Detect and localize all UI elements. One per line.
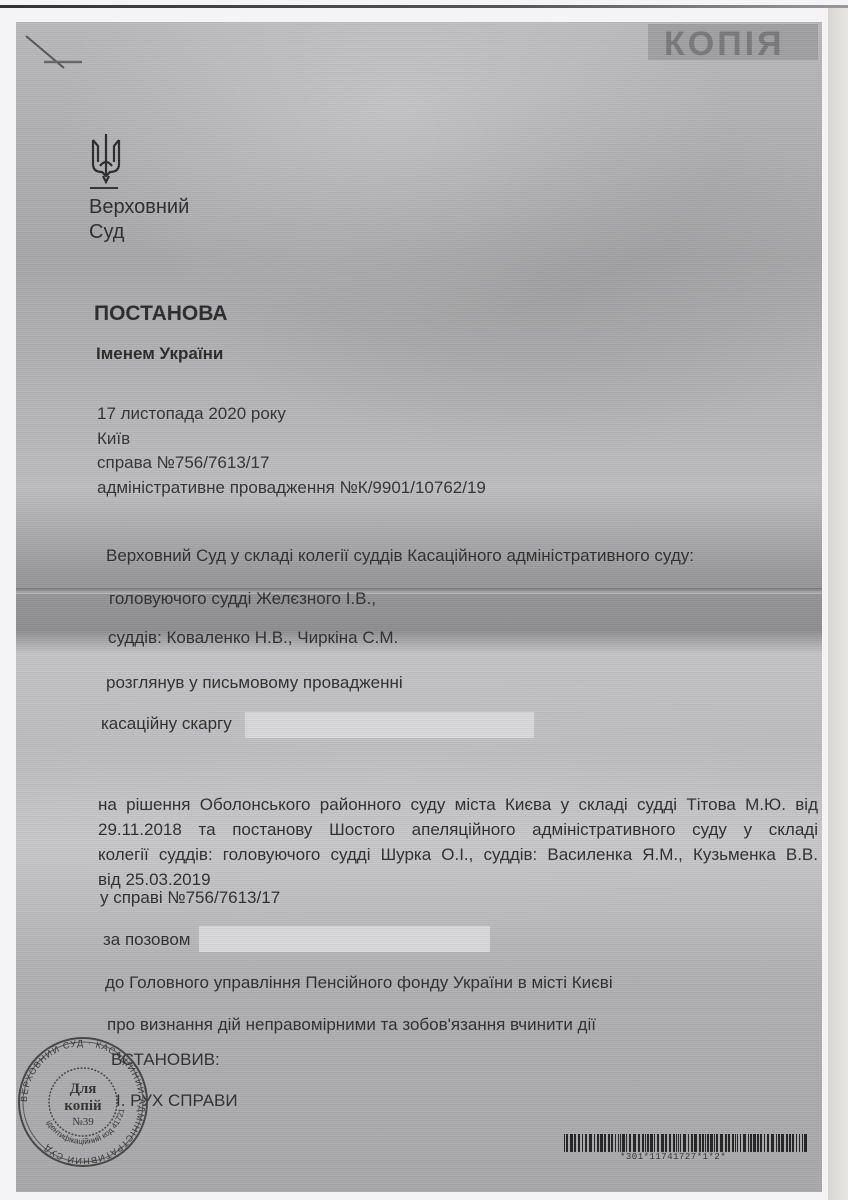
- tryzub-icon: [90, 132, 122, 184]
- panel-presiding: головуючого судді Желєзного І.В.,: [109, 589, 376, 609]
- in-case-text: у справі №756/7613/17: [100, 888, 280, 908]
- appeal-line: 29.11.2018 та постанову Шостого апеляцій…: [98, 817, 818, 842]
- proceeding-number: адміністративне провадження №К/9901/1076…: [97, 476, 486, 501]
- decision-city: Київ: [97, 427, 486, 452]
- case-number: справа №756/7613/17: [97, 451, 486, 476]
- seal-center-line3: №39: [72, 1116, 94, 1128]
- scan-margin: [828, 8, 848, 1200]
- court-name: Верховний Суд: [89, 195, 189, 245]
- court-name-line2: Суд: [89, 220, 189, 245]
- court-name-line1: Верховний: [89, 195, 189, 220]
- decision-date: 17 листопада 2020 року: [97, 402, 486, 427]
- copy-stamp: КОПІЯ: [648, 24, 818, 60]
- seal-center-line1: Для: [70, 1081, 97, 1097]
- appeal-paragraph: на рішення Оболонського районного суду м…: [98, 792, 818, 892]
- subject-text: про визнання дій неправомірними та зобов…: [107, 1015, 596, 1035]
- logo-divider: [90, 187, 118, 189]
- cassation-label: касаційну скаргу: [101, 714, 232, 734]
- barcode-icon: [564, 1134, 810, 1152]
- redacted-claimant: [199, 926, 490, 952]
- claim-label: за позовом: [103, 930, 190, 950]
- scan-edge: [0, 5, 848, 8]
- document-title: ПОСТАНОВА: [94, 302, 228, 326]
- panel-intro: Верховний Суд у складі колегії суддів Ка…: [106, 546, 694, 566]
- appeal-line: на рішення Оболонського районного суду м…: [98, 792, 818, 817]
- pen-mark-icon: [24, 32, 84, 72]
- panel-judges: суддів: Коваленко Н.В., Чиркіна С.М.: [108, 628, 398, 648]
- seal-center-line2: копій: [64, 1098, 102, 1114]
- appeal-line: колегії суддів: головуючого судді Шурка …: [98, 842, 818, 867]
- document-page: КОПІЯ Верховний Суд ПОСТАНОВА Іменем Укр…: [16, 22, 822, 1192]
- considered-text: розглянув у письмовому провадженні: [106, 673, 403, 693]
- redacted-appellant: [245, 712, 534, 738]
- document-subtitle: Іменем України: [96, 344, 223, 364]
- barcode-text: *301*11741727*1*2*: [620, 1152, 726, 1162]
- copy-stamp-text: КОПІЯ: [664, 25, 785, 64]
- court-seal-icon: ВЕРХОВНИЙ СУД · КАСАЦІЙНИЙ АДМІНІСТРАТИВ…: [16, 1035, 150, 1169]
- defendant-text: до Головного управління Пенсійного фонду…: [105, 973, 613, 993]
- document-meta: 17 листопада 2020 року Київ справа №756/…: [97, 402, 486, 500]
